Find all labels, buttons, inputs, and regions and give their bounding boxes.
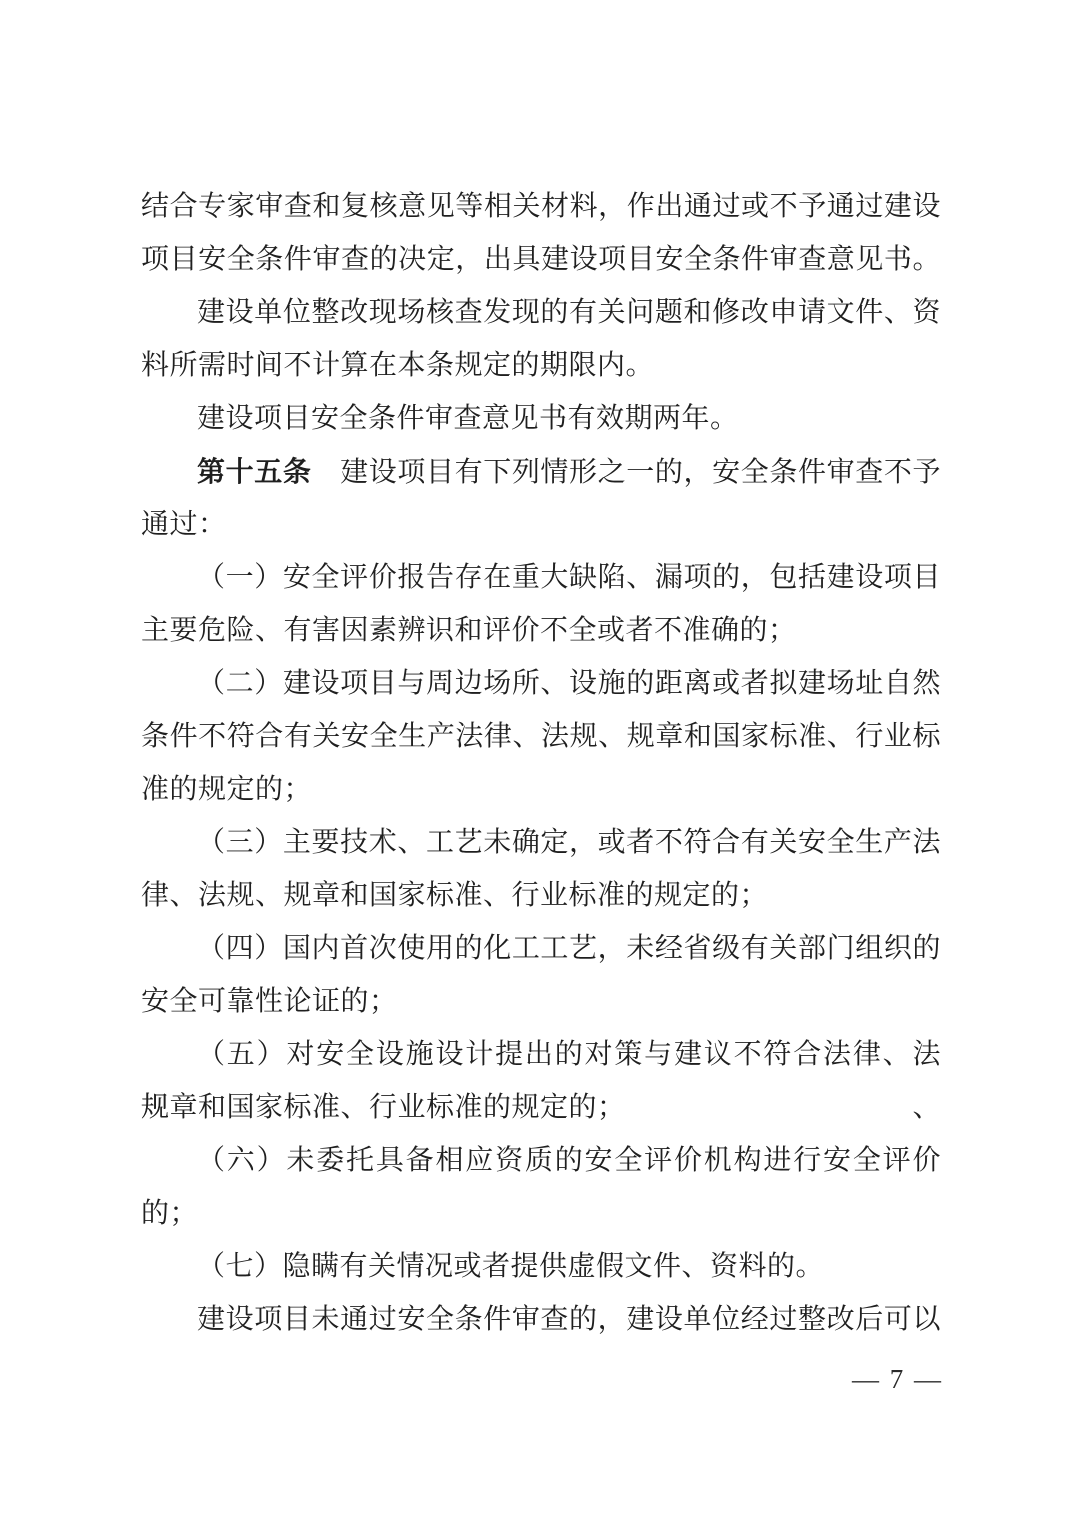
document-page: 结合专家审查和复核意见等相关材料，作出通过或不予通过建设项目安全条件审查的决定，… [0,0,1080,1527]
text-line: 主要危险、有害因素辨识和评价不全或者不准确的； [141,604,941,657]
line-text: 建设项目有下列情形之一的，安全条件审查不予 [311,457,941,488]
article-number: 第十五条 [197,456,311,487]
line-text: 主要危险、有害因素辨识和评价不全或者不准确的； [141,615,797,646]
text-line: 准的规定的； [141,763,941,816]
text-line: （七）隐瞒有关情况或者提供虚假文件、资料的。 [141,1240,941,1293]
text-line: 律、法规、规章和国家标准、行业标准的规定的； [141,869,941,922]
line-text: 安全可靠性论证的； [141,986,398,1017]
line-text: 准的规定的； [141,774,312,805]
text-line: 结合专家审查和复核意见等相关材料，作出通过或不予通过建设 [141,180,941,233]
line-text: （六）未委托具备相应资质的安全评价机构进行安全评价 [197,1145,941,1176]
document-body: 结合专家审查和复核意见等相关材料，作出通过或不予通过建设项目安全条件审查的决定，… [141,180,941,1346]
line-text: 料所需时间不计算在本条规定的期限内。 [141,350,654,381]
text-line: （六）未委托具备相应资质的安全评价机构进行安全评价 [141,1134,941,1187]
line-text: 建设项目安全条件审查意见书有效期两年。 [197,403,739,434]
text-line: 通过： [141,498,941,551]
line-text: （三）主要技术、工艺未确定，或者不符合有关安全生产法 [197,827,941,858]
line-text: 建设单位整改现场核查发现的有关问题和修改申请文件、资 [197,297,941,328]
text-line: 的； [141,1187,941,1240]
text-line: 安全可靠性论证的； [141,975,941,1028]
page-number: — 7 — [852,1362,943,1396]
line-text: 项目安全条件审查的决定，出具建设项目安全条件审查意见书。 [141,244,941,275]
line-text: 的； [141,1198,198,1229]
line-text: 规章和国家标准、行业标准的规定的； [141,1092,626,1123]
text-line: 条件不符合有关安全生产法律、法规、规章和国家标准、行业标 [141,710,941,763]
text-line: 项目安全条件审查的决定，出具建设项目安全条件审查意见书。 [141,233,941,286]
line-text: 通过： [141,509,227,540]
text-line: （四）国内首次使用的化工工艺，未经省级有关部门组织的 [141,922,941,975]
text-line: （二）建设项目与周边场所、设施的距离或者拟建场址自然 [141,657,941,710]
text-line: 建设项目安全条件审查意见书有效期两年。 [141,392,941,445]
text-line: 建设项目未通过安全条件审查的，建设单位经过整改后可以 [141,1293,941,1346]
text-line: （五）对安全设施设计提出的对策与建议不符合法律、法规、 [141,1028,941,1081]
text-line: 料所需时间不计算在本条规定的期限内。 [141,339,941,392]
line-text: （一）安全评价报告存在重大缺陷、漏项的，包括建设项目 [197,562,941,593]
line-text: 建设项目未通过安全条件审查的，建设单位经过整改后可以 [197,1304,941,1335]
line-text: （二）建设项目与周边场所、设施的距离或者拟建场址自然 [197,668,941,699]
line-text: 律、法规、规章和国家标准、行业标准的规定的； [141,880,768,911]
text-line: （一）安全评价报告存在重大缺陷、漏项的，包括建设项目 [141,551,941,604]
line-text: 结合专家审查和复核意见等相关材料，作出通过或不予通过建设 [141,191,941,222]
line-text: （四）国内首次使用的化工工艺，未经省级有关部门组织的 [197,933,941,964]
line-text: （七）隐瞒有关情况或者提供虚假文件、资料的。 [197,1251,824,1282]
line-text: 条件不符合有关安全生产法律、法规、规章和国家标准、行业标 [141,721,941,752]
text-line: 建设单位整改现场核查发现的有关问题和修改申请文件、资 [141,286,941,339]
text-line: 第十五条 建设项目有下列情形之一的，安全条件审查不予 [141,445,941,498]
text-line: （三）主要技术、工艺未确定，或者不符合有关安全生产法 [141,816,941,869]
